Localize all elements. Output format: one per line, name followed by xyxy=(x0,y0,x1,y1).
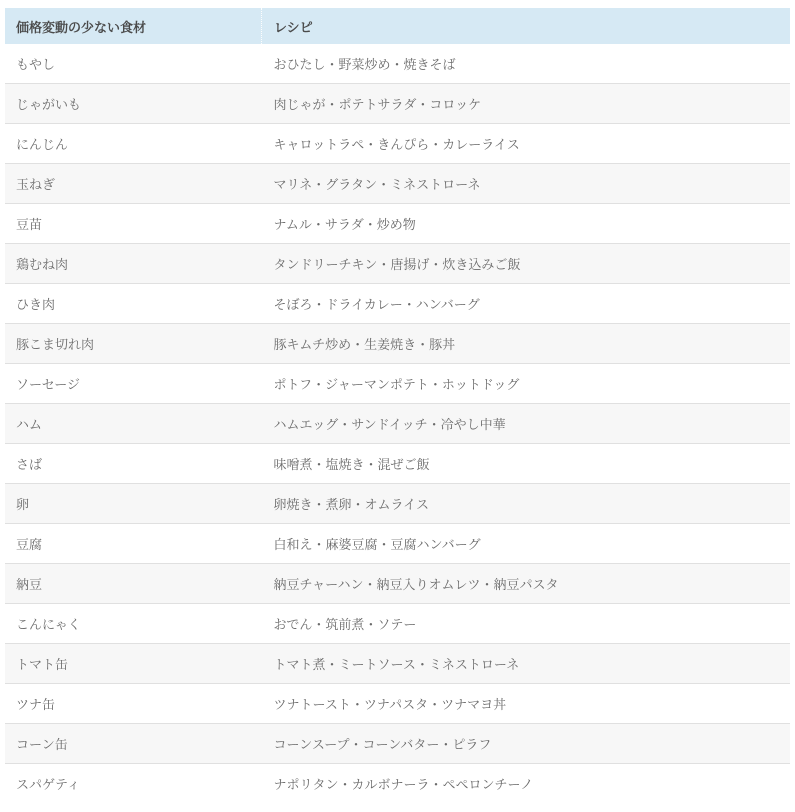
ingredient-cell: ハム xyxy=(5,404,262,444)
ingredient-cell: さば xyxy=(5,444,262,484)
table-row: 豆腐白和え・麻婆豆腐・豆腐ハンバーグ xyxy=(5,524,790,564)
recipe-cell: キャロットラペ・きんぴら・カレーライス xyxy=(262,124,791,164)
table-row: じゃがいも肉じゃが・ポテトサラダ・コロッケ xyxy=(5,84,790,124)
ingredient-cell: にんじん xyxy=(5,124,262,164)
recipe-cell: そぼろ・ドライカレー・ハンバーグ xyxy=(262,284,791,324)
recipe-cell: トマト煮・ミートソース・ミネストローネ xyxy=(262,644,791,684)
ingredient-cell: コーン缶 xyxy=(5,724,262,764)
table-row: さば味噌煮・塩焼き・混ぜご飯 xyxy=(5,444,790,484)
ingredient-cell: スパゲティ xyxy=(5,764,262,804)
column-header-ingredient: 価格変動の少ない食材 xyxy=(5,8,262,44)
table-header-row: 価格変動の少ない食材 レシピ xyxy=(5,8,790,44)
table-row: 豚こま切れ肉豚キムチ炒め・生姜焼き・豚丼 xyxy=(5,324,790,364)
recipe-cell: ハムエッグ・サンドイッチ・冷やし中華 xyxy=(262,404,791,444)
table-row: 納豆納豆チャーハン・納豆入りオムレツ・納豆パスタ xyxy=(5,564,790,604)
table-row: スパゲティナポリタン・カルボナーラ・ペペロンチーノ xyxy=(5,764,790,804)
recipe-cell: ツナトースト・ツナパスタ・ツナマヨ丼 xyxy=(262,684,791,724)
table-row: ハムハムエッグ・サンドイッチ・冷やし中華 xyxy=(5,404,790,444)
table-row: 卵卵焼き・煮卵・オムライス xyxy=(5,484,790,524)
ingredient-cell: こんにゃく xyxy=(5,604,262,644)
recipe-cell: おでん・筑前煮・ソテー xyxy=(262,604,791,644)
column-header-recipe: レシピ xyxy=(262,8,791,44)
ingredient-recipe-table: 価格変動の少ない食材 レシピ もやしおひたし・野菜炒め・焼きそばじゃがいも肉じゃ… xyxy=(5,8,790,803)
recipe-cell: 納豆チャーハン・納豆入りオムレツ・納豆パスタ xyxy=(262,564,791,604)
recipe-cell: コーンスープ・コーンバター・ピラフ xyxy=(262,724,791,764)
table-row: コーン缶コーンスープ・コーンバター・ピラフ xyxy=(5,724,790,764)
recipe-cell: 白和え・麻婆豆腐・豆腐ハンバーグ xyxy=(262,524,791,564)
recipe-cell: 豚キムチ炒め・生姜焼き・豚丼 xyxy=(262,324,791,364)
table-row: にんじんキャロットラペ・きんぴら・カレーライス xyxy=(5,124,790,164)
table-body: もやしおひたし・野菜炒め・焼きそばじゃがいも肉じゃが・ポテトサラダ・コロッケにん… xyxy=(5,44,790,803)
ingredient-cell: ソーセージ xyxy=(5,364,262,404)
table-row: 玉ねぎマリネ・グラタン・ミネストローネ xyxy=(5,164,790,204)
table-row: もやしおひたし・野菜炒め・焼きそば xyxy=(5,44,790,84)
recipe-cell: ナムル・サラダ・炒め物 xyxy=(262,204,791,244)
recipe-table-page: 価格変動の少ない食材 レシピ もやしおひたし・野菜炒め・焼きそばじゃがいも肉じゃ… xyxy=(0,0,795,803)
recipe-cell: ポトフ・ジャーマンポテト・ホットドッグ xyxy=(262,364,791,404)
ingredient-cell: 豚こま切れ肉 xyxy=(5,324,262,364)
table-head: 価格変動の少ない食材 レシピ xyxy=(5,8,790,44)
table-row: ツナ缶ツナトースト・ツナパスタ・ツナマヨ丼 xyxy=(5,684,790,724)
ingredient-cell: トマト缶 xyxy=(5,644,262,684)
ingredient-cell: 卵 xyxy=(5,484,262,524)
table-row: こんにゃくおでん・筑前煮・ソテー xyxy=(5,604,790,644)
ingredient-cell: もやし xyxy=(5,44,262,84)
table-row: ひき肉そぼろ・ドライカレー・ハンバーグ xyxy=(5,284,790,324)
recipe-cell: 肉じゃが・ポテトサラダ・コロッケ xyxy=(262,84,791,124)
recipe-cell: 味噌煮・塩焼き・混ぜご飯 xyxy=(262,444,791,484)
table-row: ソーセージポトフ・ジャーマンポテト・ホットドッグ xyxy=(5,364,790,404)
ingredient-cell: 鶏むね肉 xyxy=(5,244,262,284)
ingredient-cell: 納豆 xyxy=(5,564,262,604)
recipe-cell: おひたし・野菜炒め・焼きそば xyxy=(262,44,791,84)
ingredient-cell: 玉ねぎ xyxy=(5,164,262,204)
recipe-cell: 卵焼き・煮卵・オムライス xyxy=(262,484,791,524)
table-row: トマト缶トマト煮・ミートソース・ミネストローネ xyxy=(5,644,790,684)
ingredient-cell: ひき肉 xyxy=(5,284,262,324)
table-row: 鶏むね肉タンドリーチキン・唐揚げ・炊き込みご飯 xyxy=(5,244,790,284)
table-row: 豆苗ナムル・サラダ・炒め物 xyxy=(5,204,790,244)
ingredient-cell: ツナ缶 xyxy=(5,684,262,724)
recipe-cell: マリネ・グラタン・ミネストローネ xyxy=(262,164,791,204)
ingredient-cell: 豆苗 xyxy=(5,204,262,244)
ingredient-cell: 豆腐 xyxy=(5,524,262,564)
ingredient-cell: じゃがいも xyxy=(5,84,262,124)
recipe-cell: タンドリーチキン・唐揚げ・炊き込みご飯 xyxy=(262,244,791,284)
recipe-cell: ナポリタン・カルボナーラ・ペペロンチーノ xyxy=(262,764,791,804)
